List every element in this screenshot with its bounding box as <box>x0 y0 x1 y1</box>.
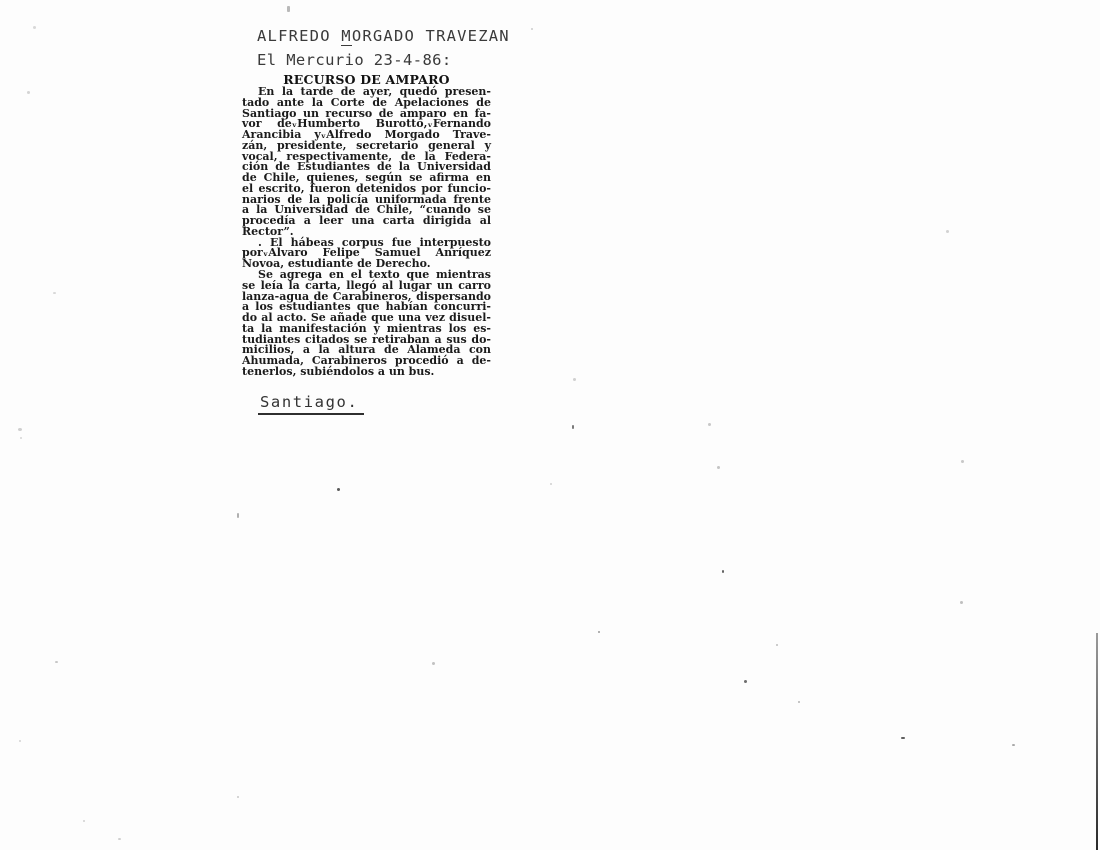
scan-speck <box>598 631 600 633</box>
scan-speck <box>717 466 720 469</box>
scan-speck <box>776 644 778 646</box>
scan-speck <box>33 26 36 29</box>
scan-speck <box>960 601 963 604</box>
article-body: En la tarde de ayer, quedó presen- tado … <box>242 87 491 378</box>
typed-attribution-name: ALFREDO MORGADO TRAVEZAN <box>257 27 510 45</box>
scan-speck <box>708 423 711 426</box>
scan-speck <box>18 428 22 431</box>
newspaper-clipping: RECURSO DE AMPARO En la tarde de ayer, q… <box>242 73 491 378</box>
attribution-name-rest: ORGADO TRAVEZAN <box>352 27 510 45</box>
article-line: tenerlos, subiéndolos a un bus. <box>242 367 491 378</box>
scanned-page: ALFREDO MORGADO TRAVEZAN El Mercurio 23-… <box>0 0 1100 850</box>
scan-speck <box>55 661 58 663</box>
scan-speck <box>83 820 85 822</box>
scan-edge-artifact <box>1096 633 1098 850</box>
scan-speck <box>53 292 56 294</box>
typed-source-line: El Mercurio 23-4-86: <box>257 51 452 69</box>
typed-city-label: Santiago. <box>258 393 364 415</box>
scan-speck <box>961 460 964 463</box>
scan-speck <box>531 28 533 30</box>
scan-speck <box>20 437 22 439</box>
scan-speck <box>946 230 949 233</box>
scan-speck <box>744 680 747 683</box>
scan-speck <box>237 796 239 798</box>
scan-speck <box>550 483 552 485</box>
scan-speck <box>901 737 905 739</box>
attribution-name-prefix: ALFREDO <box>257 27 341 45</box>
scan-speck <box>337 488 340 491</box>
scan-speck <box>722 570 724 573</box>
attribution-name-underlined-letter: M <box>341 27 352 46</box>
scan-speck <box>1012 744 1015 746</box>
scan-speck <box>118 838 121 840</box>
scan-speck <box>572 425 574 429</box>
scan-speck <box>798 701 800 703</box>
scan-speck <box>432 662 435 665</box>
scan-speck <box>19 740 21 742</box>
scan-speck <box>237 513 239 518</box>
scan-speck <box>27 91 30 94</box>
scan-speck <box>287 6 290 12</box>
scan-speck <box>573 378 576 381</box>
